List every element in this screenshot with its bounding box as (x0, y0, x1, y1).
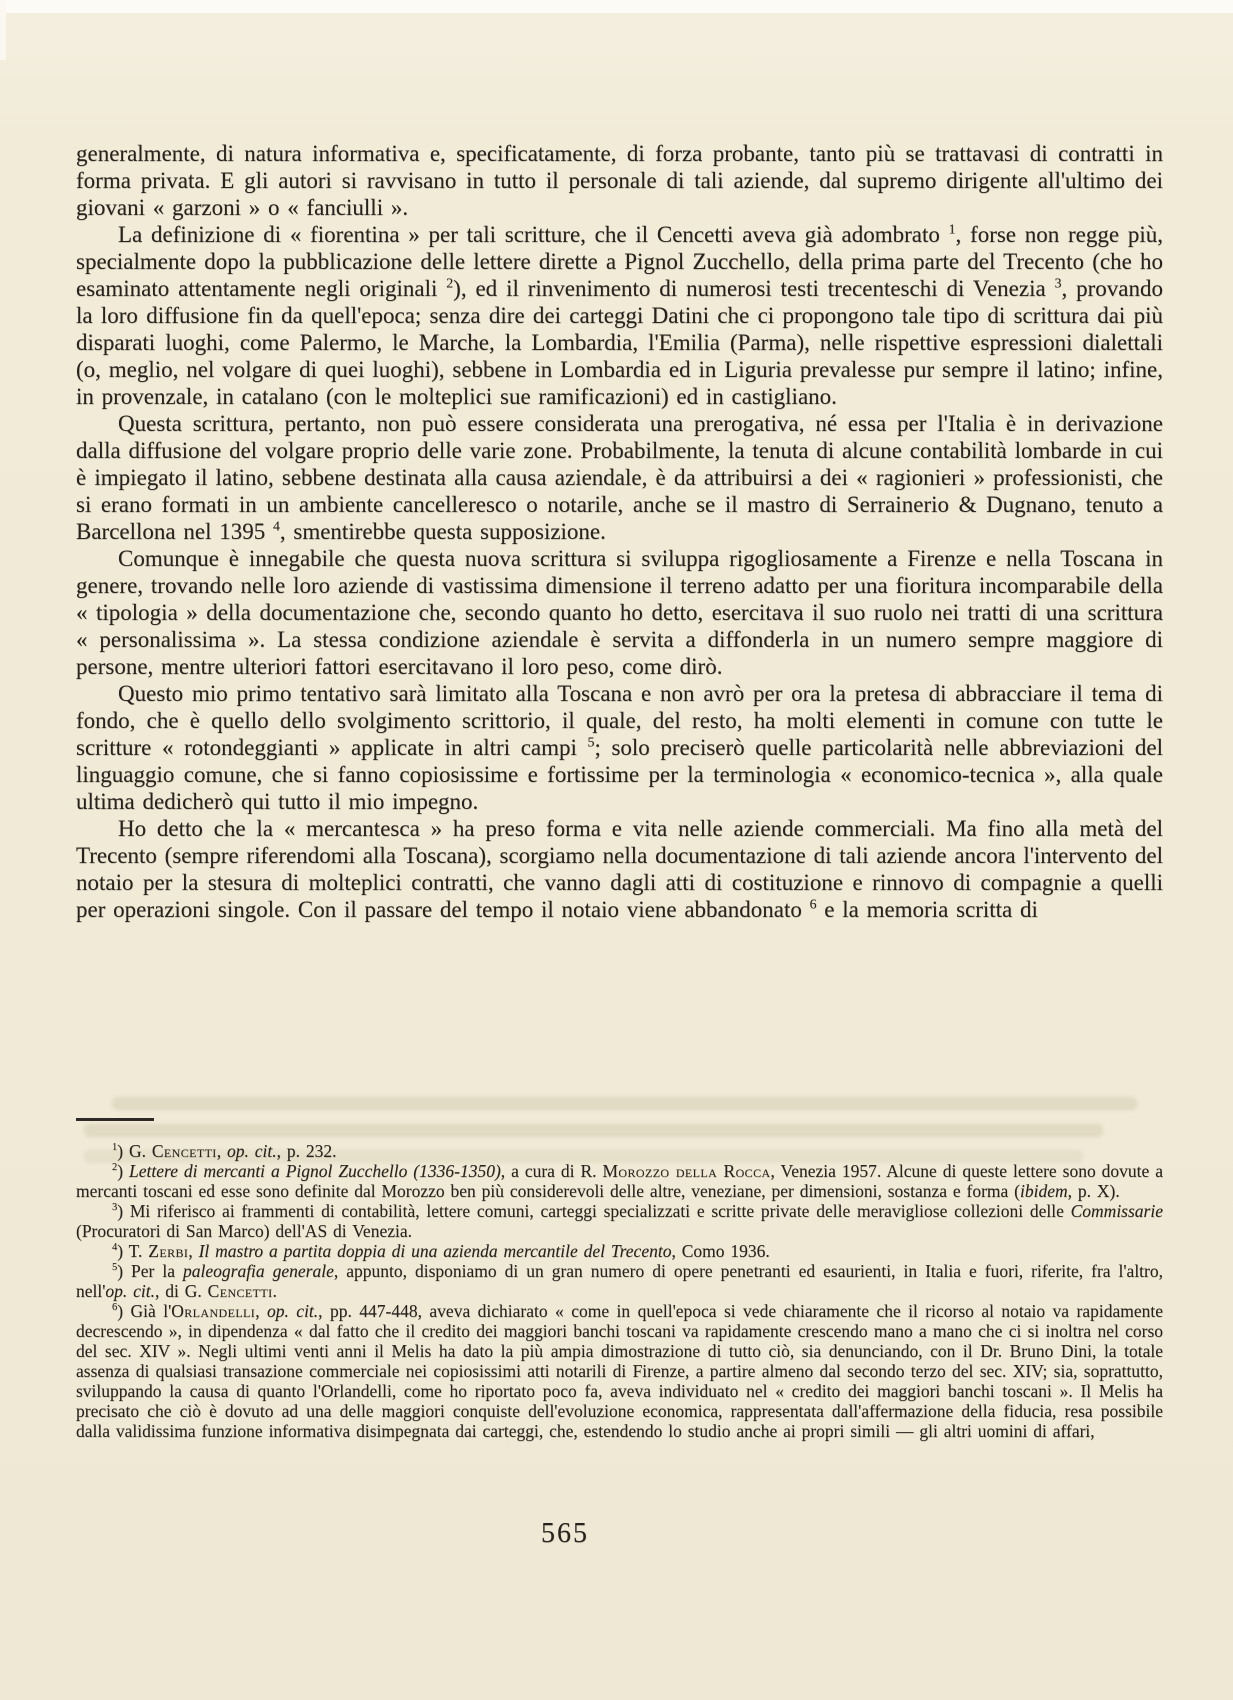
body-paragraph: generalmente, di natura informativa e, s… (76, 140, 1163, 221)
body-paragraph: Ho detto che la « mercantesca » ha preso… (76, 815, 1163, 923)
bleed-through-ghost (112, 1097, 1137, 1110)
footnotes-block: 1) G. Cencetti, op. cit., p. 232. 2) Let… (76, 1141, 1163, 1441)
page-number: 565 (500, 1518, 630, 1550)
footnote: 5) Per la paleografia generale, appunto,… (76, 1261, 1163, 1301)
footnote: 1) G. Cencetti, op. cit., p. 232. (76, 1141, 1163, 1161)
scan-edge-top (0, 0, 1233, 13)
body-text-block: generalmente, di natura informativa e, s… (76, 140, 1163, 923)
footnote-separator-rule (76, 1118, 154, 1121)
footnote: 4) T. Zerbi, Il mastro a partita doppia … (76, 1241, 1163, 1261)
scan-edge-left (0, 0, 6, 60)
bleed-through-ghost (84, 1124, 1103, 1137)
body-paragraph: La definizione di « fiorentina » per tal… (76, 221, 1163, 410)
body-paragraph: Comunque è innegabile che questa nuova s… (76, 545, 1163, 680)
scanned-book-page: generalmente, di natura informativa e, s… (0, 0, 1233, 1700)
footnote: 3) Mi riferisco ai frammenti di contabil… (76, 1201, 1163, 1241)
body-paragraph: Questa scrittura, pertanto, non può esse… (76, 410, 1163, 545)
footnote: 6) Già l'Orlandelli, op. cit., pp. 447-4… (76, 1301, 1163, 1441)
footnote: 2) Lettere di mercanti a Pignol Zucchell… (76, 1161, 1163, 1201)
body-paragraph: Questo mio primo tentativo sarà limitato… (76, 680, 1163, 815)
